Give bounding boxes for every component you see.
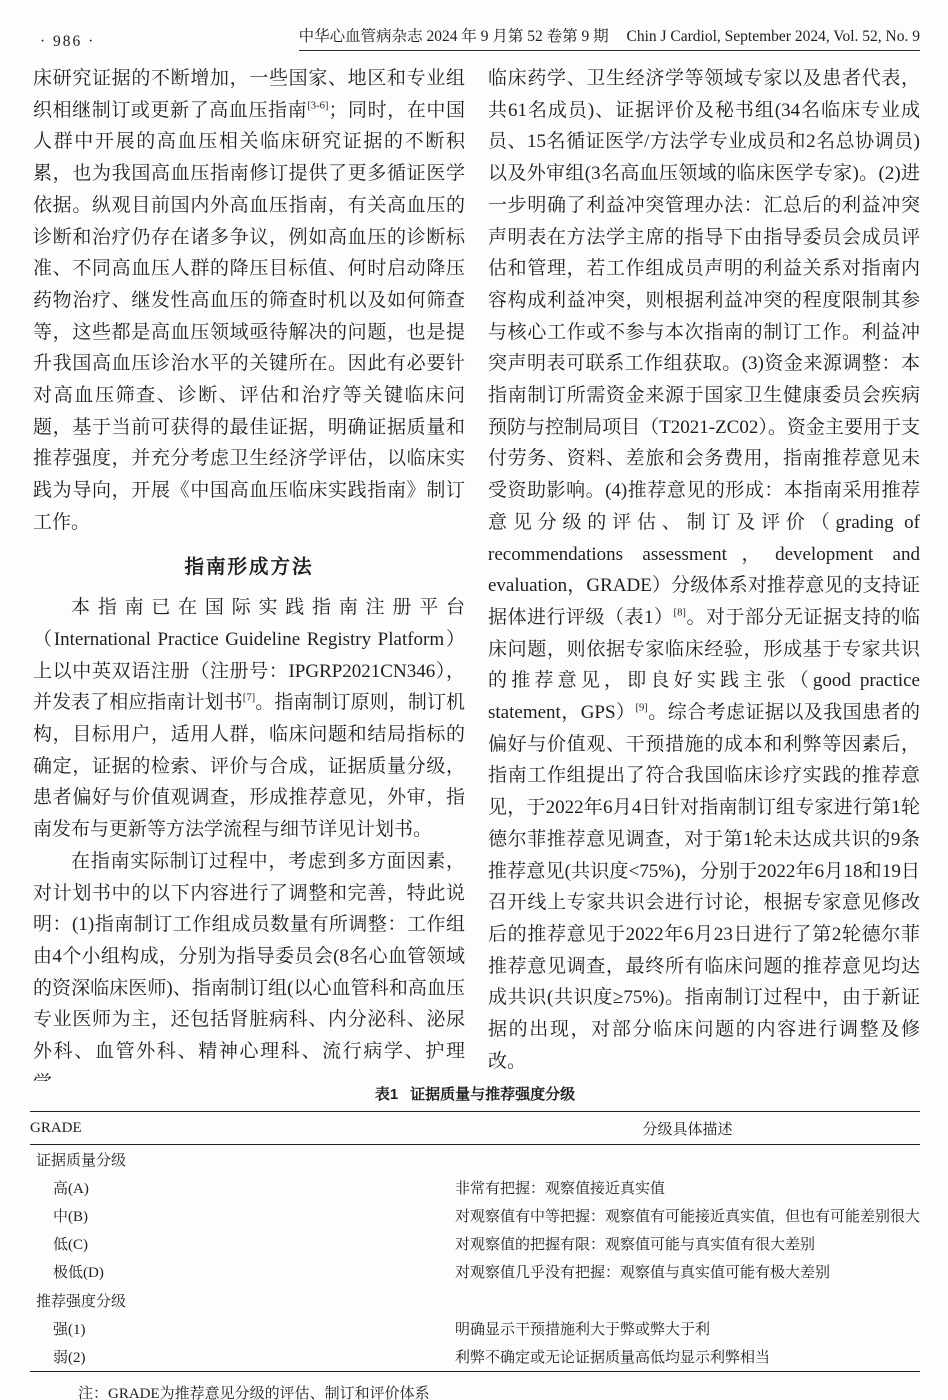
column-header-description: 分级具体描述: [455, 1112, 920, 1145]
page-number: · 986 ·: [40, 33, 95, 51]
table-label: 表1: [375, 1086, 398, 1103]
grade-cell: 弱(2): [30, 1342, 455, 1371]
grade-table: GRADE 分级具体描述 证据质量分级高(A)非常有把握：观察值接近真实值中(B…: [30, 1111, 920, 1372]
table-title-text: 证据质量与推荐强度分级: [410, 1086, 575, 1103]
reference-superscript: [3-6]: [307, 100, 328, 111]
table-row: 强(1)明确显示干预措施利大于弊或弊大于利: [30, 1314, 920, 1342]
table-row: 推荐强度分级: [30, 1286, 920, 1314]
table-title: 表1证据质量与推荐强度分级: [30, 1083, 920, 1104]
paragraph: 临床药学、卫生经济学等领域专家以及患者代表，共61名成员)、证据评价及秘书组(3…: [488, 63, 920, 1078]
reference-superscript: [7]: [243, 693, 255, 704]
grade-group-label: 推荐强度分级: [30, 1286, 455, 1314]
grade-cell: 低(C): [30, 1230, 455, 1258]
description-cell: 非常有把握：观察值接近真实值: [455, 1173, 920, 1201]
description-cell: 对观察值的把握有限：观察值可能与真实值有很大差别: [455, 1230, 920, 1258]
grade-cell: 极低(D): [30, 1258, 455, 1286]
description-cell: 对观察值几乎没有把握：观察值与真实值可能有极大差别: [455, 1258, 920, 1286]
column-header-grade: GRADE: [30, 1112, 455, 1145]
journal-page: · 986 · 中华心血管病杂志 2024 年 9 月第 52 卷第 9 期 C…: [0, 0, 948, 1400]
table-row: 中(B)对观察值有中等把握：观察值有可能接近真实值，但也有可能差别很大: [30, 1201, 920, 1229]
section-heading: 指南形成方法: [33, 552, 465, 584]
description-cell: 对观察值有中等把握：观察值有可能接近真实值，但也有可能差别很大: [455, 1201, 920, 1229]
description-cell: [455, 1145, 920, 1174]
description-cell: 利弊不确定或无论证据质量高低均显示利弊相当: [455, 1342, 920, 1371]
reference-superscript: [9]: [635, 703, 647, 714]
journal-header: 中华心血管病杂志 2024 年 9 月第 52 卷第 9 期 Chin J Ca…: [299, 24, 920, 51]
right-column: 临床药学、卫生经济学等领域专家以及患者代表，共61名成员)、证据评价及秘书组(3…: [488, 63, 920, 1081]
table-row: 极低(D)对观察值几乎没有把握：观察值与真实值可能有极大差别: [30, 1258, 920, 1286]
grade-cell: 高(A): [30, 1173, 455, 1201]
paragraph: 在指南实际制订过程中，考虑到多方面因素，对计划书中的以下内容进行了调整和完善，特…: [33, 846, 465, 1081]
reference-superscript: [8]: [674, 608, 686, 619]
paragraph: 本指南已在国际实践指南注册平台（International Practice G…: [33, 592, 465, 846]
table-section: 表1证据质量与推荐强度分级 GRADE 分级具体描述 证据质量分级高(A)非常有…: [0, 1083, 948, 1400]
table-note: 注：GRADE为推荐意见分级的评估、制订和评价体系: [78, 1382, 920, 1400]
table-row: 高(A)非常有把握：观察值接近真实值: [30, 1173, 920, 1201]
table-row: 弱(2)利弊不确定或无论证据质量高低均显示利弊相当: [30, 1342, 920, 1371]
article-body: 床研究证据的不断增加，一些国家、地区和专业组织相继制订或更新了高血压指南[3-6…: [0, 51, 948, 1081]
description-cell: 明确显示干预措施利大于弊或弊大于利: [455, 1314, 920, 1342]
table-header-row: GRADE 分级具体描述: [30, 1112, 920, 1145]
table-row: 证据质量分级: [30, 1145, 920, 1174]
left-column: 床研究证据的不断增加，一些国家、地区和专业组织相继制订或更新了高血压指南[3-6…: [33, 63, 465, 1081]
table-row: 低(C)对观察值的把握有限：观察值可能与真实值有很大差别: [30, 1230, 920, 1258]
grade-group-label: 证据质量分级: [30, 1145, 455, 1174]
grade-cell: 中(B): [30, 1201, 455, 1229]
journal-title-cn: 中华心血管病杂志 2024 年 9 月第 52 卷第 9 期: [299, 28, 609, 45]
paragraph: 床研究证据的不断增加，一些国家、地区和专业组织相继制订或更新了高血压指南[3-6…: [33, 63, 465, 539]
grade-cell: 强(1): [30, 1314, 455, 1342]
description-cell: [455, 1286, 920, 1314]
page-header: · 986 · 中华心血管病杂志 2024 年 9 月第 52 卷第 9 期 C…: [0, 0, 948, 51]
journal-title-en: Chin J Cardiol, September 2024, Vol. 52,…: [627, 28, 921, 45]
